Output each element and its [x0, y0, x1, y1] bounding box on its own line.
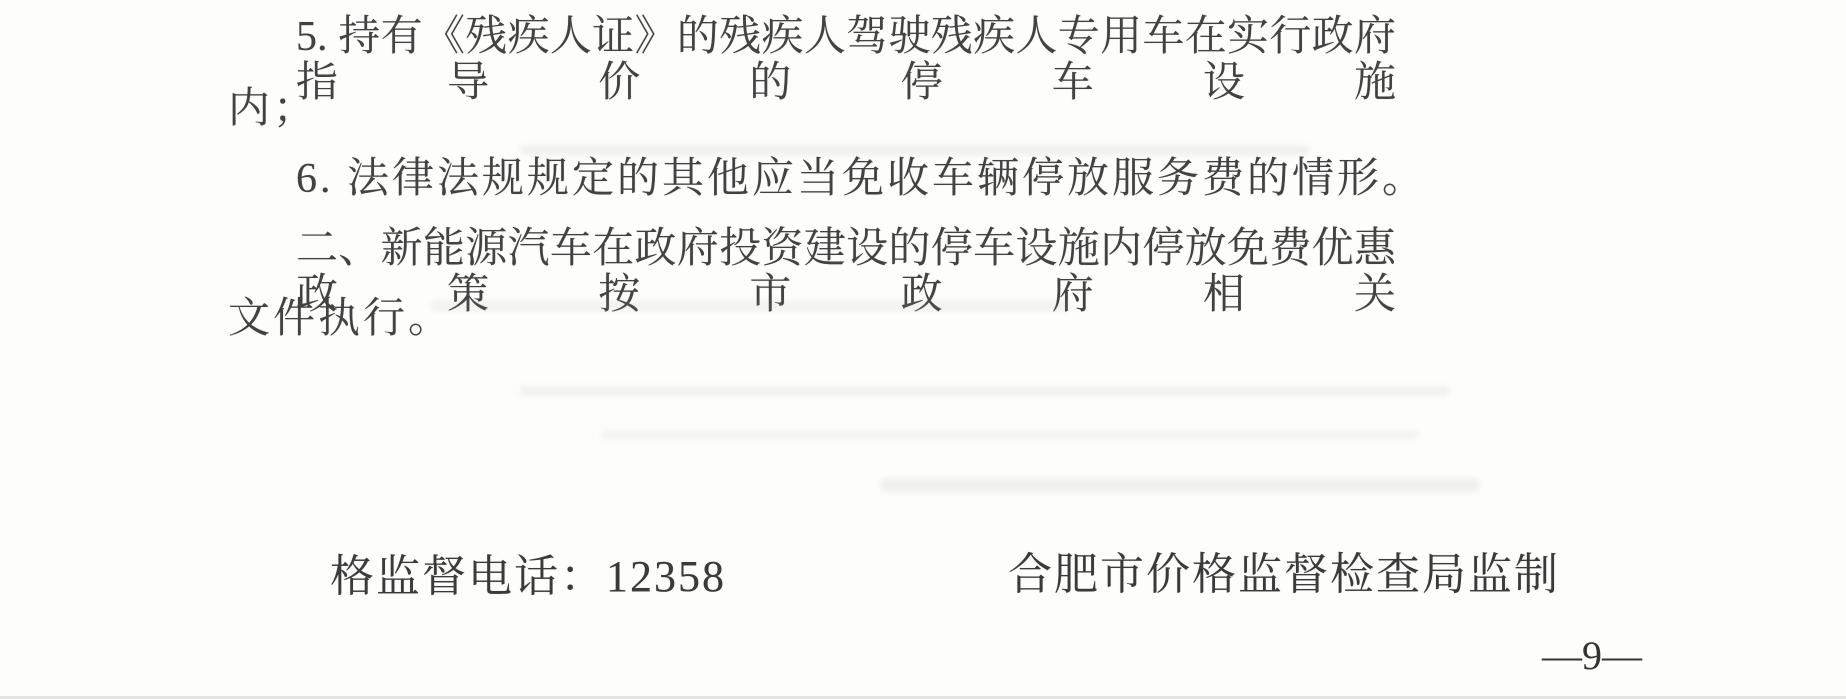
footer-issuer: 合肥市价格监督检查局监制	[1008, 538, 1560, 602]
paragraph-section2-line2: 文件执行。	[228, 296, 453, 342]
footer-supervision-phone: 格监督电话：12358	[330, 540, 726, 604]
bleed-through-artifact	[880, 478, 1480, 492]
scanned-document-page: 5. 持有《残疾人证》的残疾人驾驶残疾人专用车在实行政府指导价的停车设施 内； …	[0, 0, 1846, 699]
page-number: —9—	[1542, 632, 1642, 679]
paragraph-item6-line1: 6. 法律法规规定的其他应当免收车辆停放服务费的情形。	[296, 156, 1427, 202]
paragraph-item5-line2: 内；	[228, 86, 318, 132]
paragraph-item5-line1: 5. 持有《残疾人证》的残疾人驾驶残疾人专用车在实行政府指导价的停车设施	[296, 14, 1396, 106]
paragraph-section2-line1: 二、新能源汽车在政府投资建设的停车设施内停放免费优惠政策按市政府相关	[296, 226, 1396, 318]
bleed-through-artifact	[520, 386, 1450, 396]
bleed-through-artifact	[520, 146, 1310, 155]
bleed-through-artifact	[600, 430, 1420, 439]
